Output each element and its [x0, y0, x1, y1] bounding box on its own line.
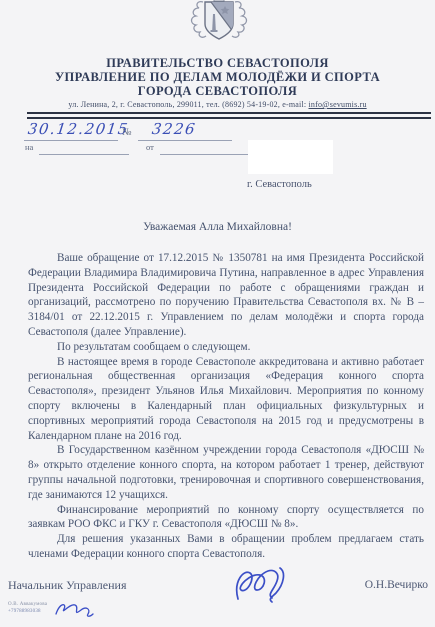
letter-body: Ваше обращение от 17.12.2015 № 1350781 н…	[28, 251, 424, 562]
org-name-line2: УПРАВЛЕНИЕ ПО ДЕЛАМ МОЛОДЁЖИ И СПОРТА	[0, 70, 435, 85]
handwritten-date: 30.12.2015	[27, 120, 130, 138]
org-address-text: ул. Ленина, 2, г. Севастополь, 299011, т…	[68, 100, 308, 109]
body-paragraph: Ваше обращение от 17.12.2015 № 1350781 н…	[28, 251, 424, 340]
ot-label: от	[146, 142, 154, 152]
letterhead-divider	[27, 112, 431, 119]
org-name-line1: ПРАВИТЕЛЬСТВО СЕВАСТОПОЛЯ	[0, 56, 435, 71]
sevastopol-coat-of-arms-icon	[187, 0, 251, 42]
body-paragraph: В настоящее время в городе Севастополе а…	[28, 355, 424, 444]
salutation: Уважаемая Алла Михайловна!	[0, 221, 435, 233]
date-underline	[24, 139, 118, 141]
letter-page: ПРАВИТЕЛЬСТВО СЕВАСТОПОЛЯ УПРАВЛЕНИЕ ПО …	[0, 0, 435, 627]
org-address-line: ул. Ленина, 2, г. Севастополь, 299011, т…	[0, 100, 435, 109]
signer-name: О.Н.Вечирко	[365, 579, 428, 591]
ot-underline	[160, 153, 250, 155]
executor-initials-scribble-icon	[52, 598, 98, 622]
executor-note: О.В. Аввакумова +79788983038	[8, 602, 47, 615]
redacted-recipient-block	[248, 140, 333, 174]
number-underline	[138, 139, 232, 141]
body-paragraph: Финансирование мероприятий по конному сп…	[28, 503, 424, 533]
na-underline	[39, 153, 129, 155]
body-paragraph: По результатам сообщаем о следующем.	[28, 340, 424, 355]
body-paragraph: Для решения указанных Вами в обращении п…	[28, 532, 424, 562]
org-name-line3: ГОРОДА СЕВАСТОПОЛЯ	[0, 84, 435, 99]
na-label: на	[25, 142, 33, 152]
executor-phone: +79788983038	[8, 609, 47, 616]
signer-position: Начальник Управления	[8, 578, 127, 593]
signature-scribble-icon	[228, 563, 300, 609]
handwritten-number: 3226	[151, 120, 197, 138]
org-email-link[interactable]: info@sevumis.ru	[309, 100, 367, 109]
place-line: г. Севастополь	[247, 179, 312, 190]
executor-name: О.В. Аввакумова	[8, 602, 47, 609]
number-sign-label: №	[122, 127, 132, 138]
body-paragraph: В Государственном казённом учреждении го…	[28, 443, 424, 502]
